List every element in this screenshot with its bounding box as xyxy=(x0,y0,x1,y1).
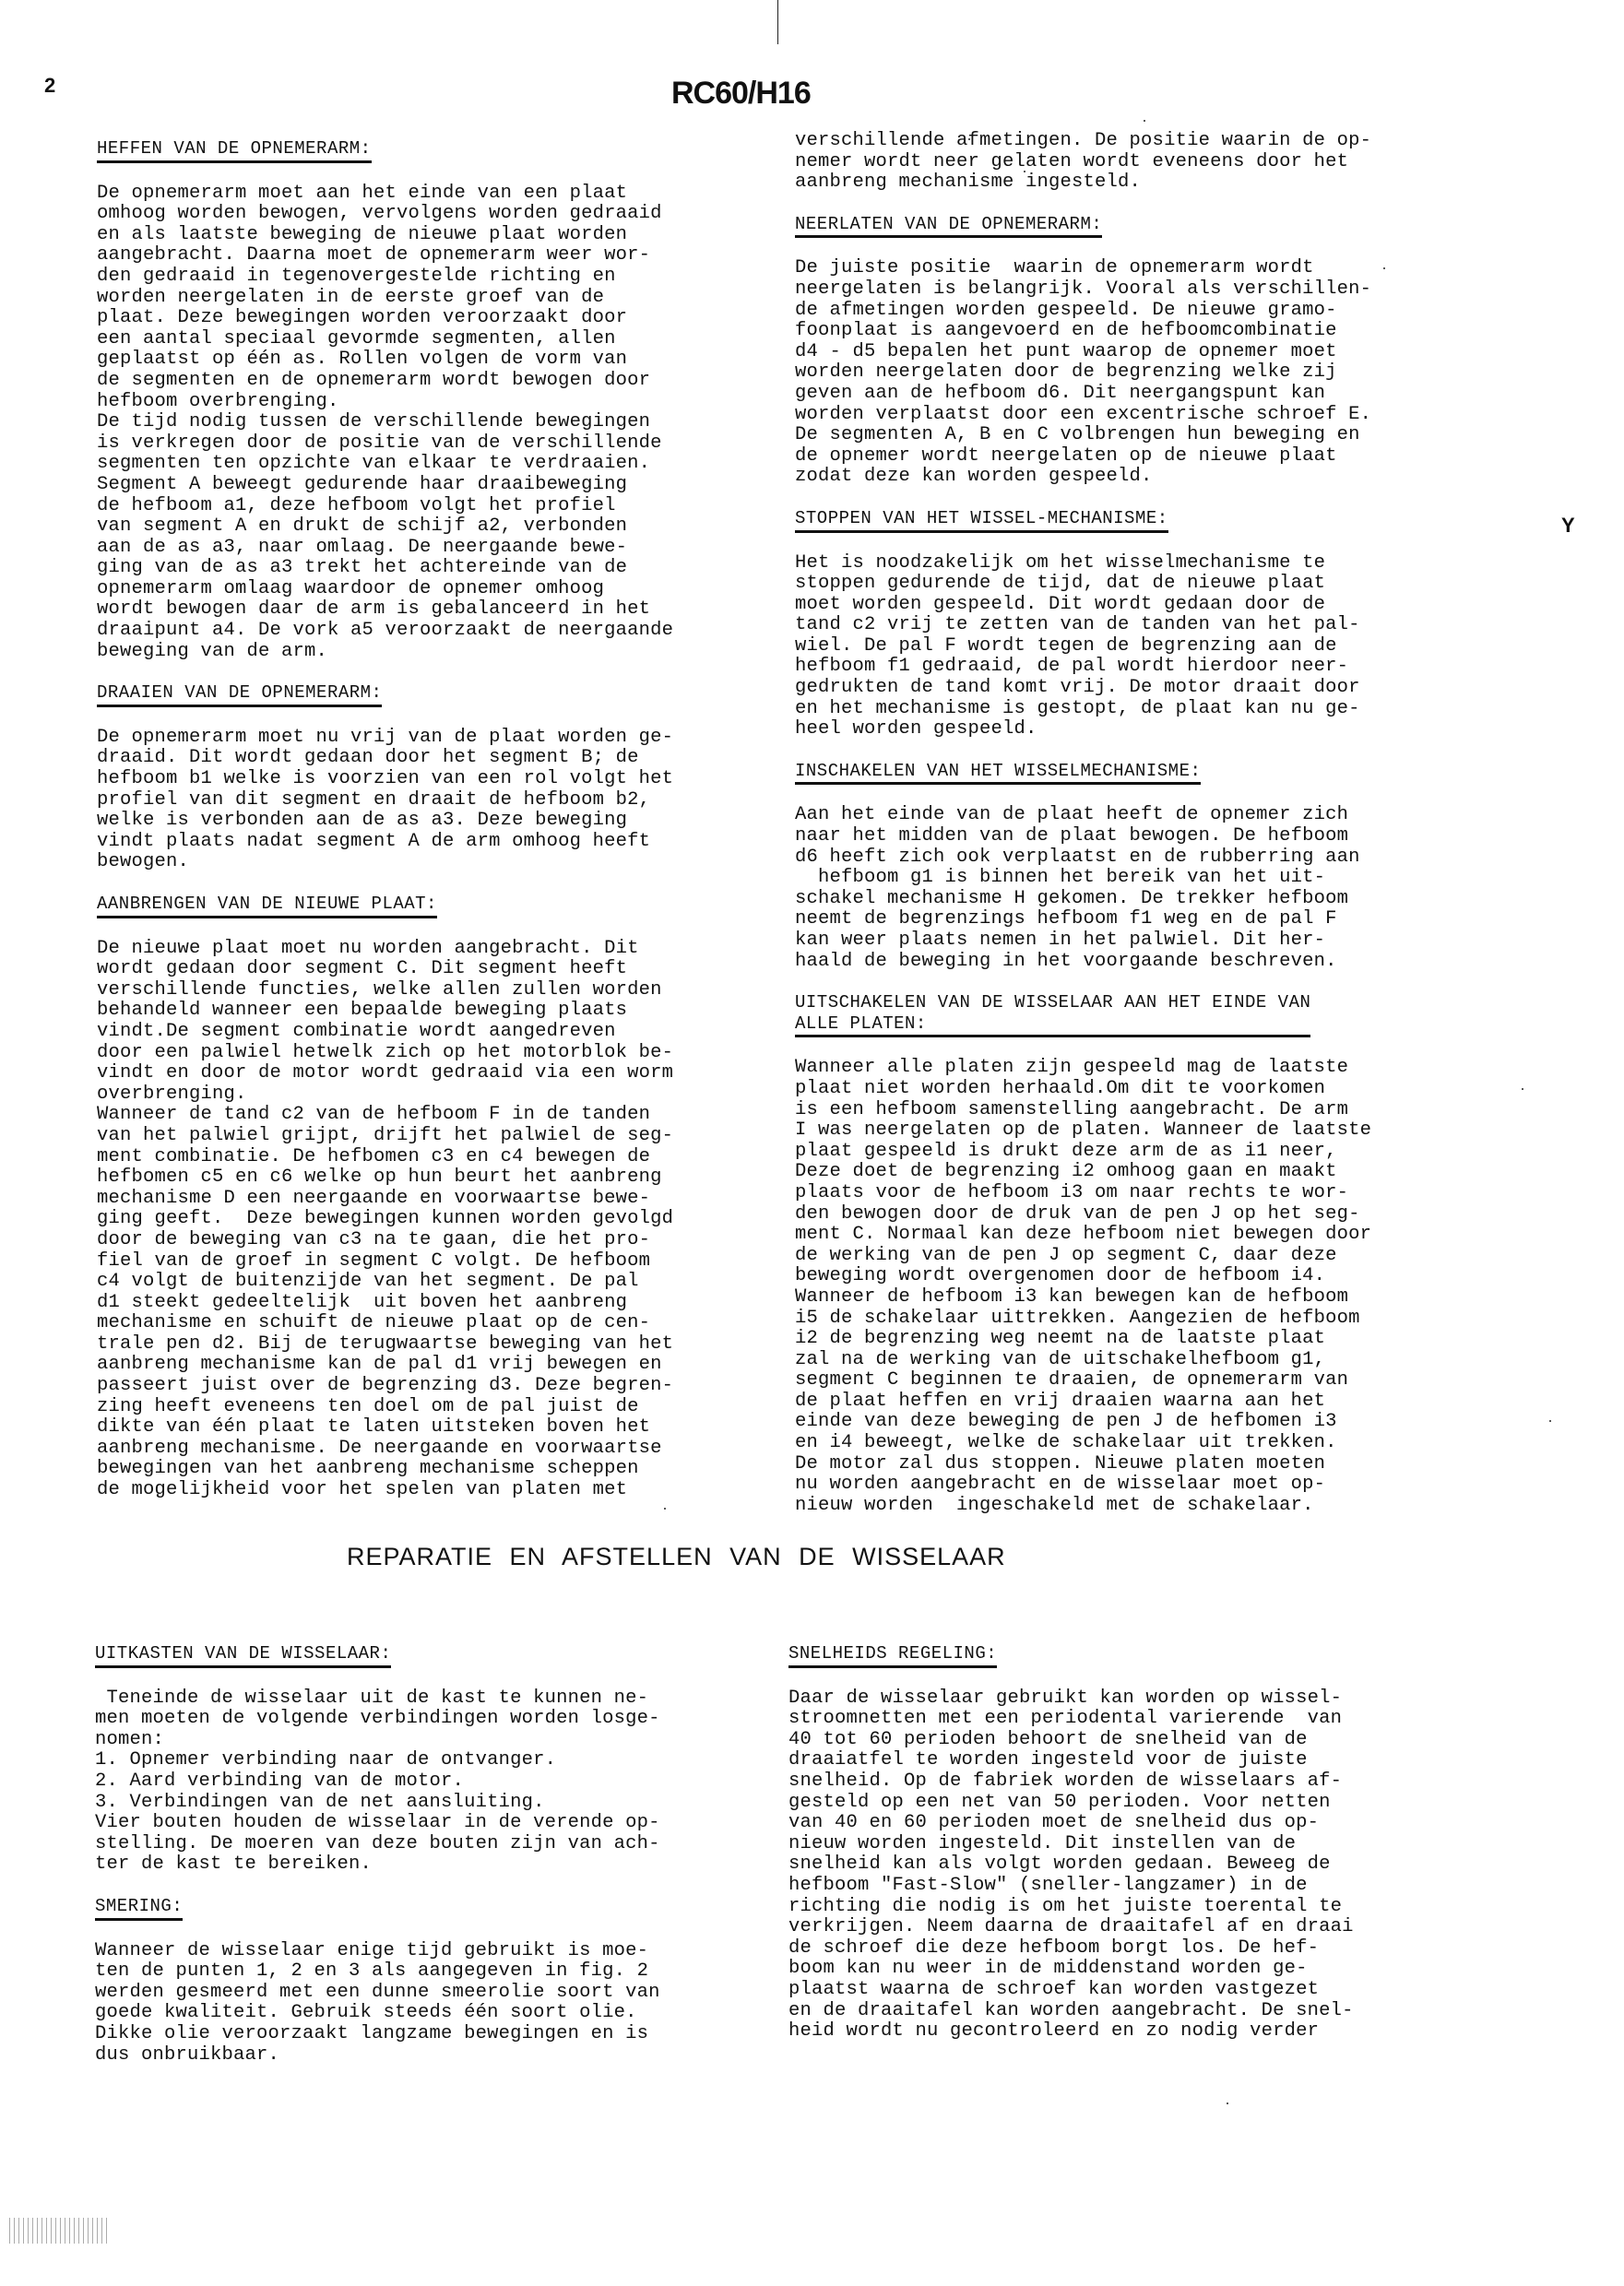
section-body: De opnemerarm moet nu vrij van de plaat … xyxy=(97,728,761,873)
text-line: nemer wordt neer gelaten wordt eveneens … xyxy=(795,152,1459,173)
text-line: nieuw worden ingeschakeld met de schakel… xyxy=(795,1496,1459,1517)
section-heading: INSCHAKELEN VAN HET WISSELMECHANISME: xyxy=(795,761,1201,786)
text-line: I was neergelaten op de platen. Wanneer … xyxy=(795,1120,1459,1142)
text-line: door de beweging van c3 na te gaan, die … xyxy=(97,1230,761,1251)
text-line: door een palwiel hetwelk zich op het mot… xyxy=(97,1043,761,1064)
text-line: De nieuwe plaat moet nu worden aangebrac… xyxy=(97,939,761,960)
text-line: ten de punten 1, 2 en 3 als aangegeven i… xyxy=(95,1961,759,1983)
text-line: Dikke olie veroorzaakt langzame beweging… xyxy=(95,2024,759,2045)
text-line: vindt.De segment combinatie wordt aanged… xyxy=(97,1022,761,1043)
text-line: Daar de wisselaar gebruikt kan worden op… xyxy=(788,1688,1452,1710)
section-heading: NEERLATEN VAN DE OPNEMERARM: xyxy=(795,214,1102,239)
text-line: geven aan de hefboom d6. Dit neergangspu… xyxy=(795,384,1459,405)
text-line: hefboom b1 welke is voorzien van een rol… xyxy=(97,769,761,790)
section-body: Teneinde de wisselaar uit de kast te kun… xyxy=(95,1688,759,1876)
text-line: van segment A en drukt de schijf a2, ver… xyxy=(97,516,761,538)
text-line: haald de beweging in het voorgaande besc… xyxy=(795,952,1459,973)
scan-speck xyxy=(1549,1420,1551,1422)
text-line: worden neergelaten door de begrenzing we… xyxy=(795,362,1459,384)
text-line: aanbreng mechanisme. De neergaande en vo… xyxy=(97,1439,761,1460)
text-line: kan weer plaats nemen in het palwiel. Di… xyxy=(795,930,1459,952)
text-line: de werking van de pen J op segment C, da… xyxy=(795,1246,1459,1267)
text-line: d6 heeft zich ook verplaatst en de rubbe… xyxy=(795,847,1459,869)
scan-speck xyxy=(1522,1088,1523,1090)
text-line: draaid. Dit wordt gedaan door het segmen… xyxy=(97,748,761,769)
text-line: stoppen gedurende de tijd, dat de nieuwe… xyxy=(795,574,1459,595)
text-line: hefbomen c5 en c6 welke op hun beurt het… xyxy=(97,1167,761,1189)
text-line: 1. Opnemer verbinding naar de ontvanger. xyxy=(95,1750,759,1771)
scan-speck xyxy=(1144,120,1145,122)
text-line: plaat niet worden herhaald.Om dit te voo… xyxy=(795,1079,1459,1100)
text-line: De motor zal dus stoppen. Nieuwe platen … xyxy=(795,1454,1459,1475)
section-heading: DRAAIEN VAN DE OPNEMERARM: xyxy=(97,682,382,707)
text-line: i5 de schakelaar uittrekken. Aangezien d… xyxy=(795,1309,1459,1330)
text-line: stelling. De moeren van deze bouten zijn… xyxy=(95,1834,759,1855)
text-line: en i4 beweegt, welke de schakelaar uit t… xyxy=(795,1433,1459,1454)
text-line: de hefboom a1, deze hefboom volgt het pr… xyxy=(97,496,761,517)
text-line: 40 tot 60 perioden behoort de snelheid v… xyxy=(788,1730,1452,1751)
text-line: i2 de begrenzing weg neemt na de laatste… xyxy=(795,1329,1459,1350)
text-line: gesteld op een net van 50 perioden. Voor… xyxy=(788,1793,1452,1814)
text-line: en als laatste beweging de nieuwe plaat … xyxy=(97,225,761,246)
text-line: snelheid. Op de fabriek worden de wissel… xyxy=(788,1771,1452,1793)
document-section: UITSCHAKELEN VAN DE WISSELAAR AAN HET EI… xyxy=(795,992,1459,1516)
text-line: beweging van de arm. xyxy=(97,642,761,663)
text-line: men moeten de volgende verbindingen word… xyxy=(95,1709,759,1730)
text-line: nomen: xyxy=(95,1730,759,1751)
document-code: RC60/H16 xyxy=(671,76,811,112)
text-line: een aantal speciaal gevormde segmenten, … xyxy=(97,329,761,350)
document-section: HEFFEN VAN DE OPNEMERARM:De opnemerarm m… xyxy=(97,138,761,662)
text-line: moet worden gespeeld. Dit wordt gedaan d… xyxy=(795,595,1459,616)
text-line: zal na de werking van de uitschakelhefbo… xyxy=(795,1350,1459,1371)
text-line: welke is verbonden aan de as a3. Deze be… xyxy=(97,811,761,832)
section-body: Daar de wisselaar gebruikt kan worden op… xyxy=(788,1688,1452,2043)
text-line: van 40 en 60 perioden moet de snelheid d… xyxy=(788,1813,1452,1834)
section-heading: UITSCHAKELEN VAN DE WISSELAAR AAN HET EI… xyxy=(795,992,1310,1037)
text-line: segment C beginnen te draaien, de opneme… xyxy=(795,1370,1459,1392)
text-line: wordt gedaan door segment C. Dit segment… xyxy=(97,959,761,980)
text-line: Wanneer de wisselaar enige tijd gebruikt… xyxy=(95,1941,759,1962)
section-heading: STOPPEN VAN HET WISSEL-MECHANISME: xyxy=(795,508,1168,533)
document-section: UITKASTEN VAN DE WISSELAAR: Teneinde de … xyxy=(95,1643,759,1876)
text-line: plaatst waarna de schroef kan worden vas… xyxy=(788,1980,1452,2001)
text-line: Wanneer alle platen zijn gespeeld mag de… xyxy=(795,1058,1459,1079)
scan-margin-line xyxy=(777,0,778,44)
section-heading: AANBRENGEN VAN DE NIEUWE PLAAT: xyxy=(97,894,437,918)
scan-speck xyxy=(664,1508,666,1510)
text-line: verschillende functies, welke allen zull… xyxy=(97,980,761,1001)
text-line: gedrukten de tand komt vrij. De motor dr… xyxy=(795,678,1459,699)
text-line: vindt en door de motor wordt gedraaid vi… xyxy=(97,1063,761,1084)
text-line: aan de as a3, naar omlaag. De neergaande… xyxy=(97,538,761,559)
text-line: ging van de as a3 trekt het achtereinde … xyxy=(97,558,761,579)
text-line: mechanisme en schuift de nieuwe plaat op… xyxy=(97,1313,761,1334)
text-line: boom kan nu weer in de middenstand worde… xyxy=(788,1959,1452,1980)
text-line: wordt bewogen daar de arm is gebalanceer… xyxy=(97,599,761,621)
text-line: neergelaten is belangrijk. Vooral als ve… xyxy=(795,279,1459,301)
text-line: aanbreng mechanisme kan de pal d1 vrij b… xyxy=(97,1355,761,1376)
scan-speck xyxy=(1383,267,1385,269)
text-line: 2. Aard verbinding van de motor. xyxy=(95,1771,759,1793)
text-line: zing heeft eveneens ten doel om de pal j… xyxy=(97,1397,761,1418)
text-line: foonplaat is aangevoerd en de hefboomcom… xyxy=(795,321,1459,342)
scan-speck xyxy=(1227,2102,1228,2104)
text-line: naar het midden van de plaat bewogen. De… xyxy=(795,826,1459,847)
document-section: INSCHAKELEN VAN HET WISSELMECHANISME:Aan… xyxy=(795,761,1459,972)
text-line: Deze doet de begrenzing i2 omhoog gaan e… xyxy=(795,1162,1459,1183)
text-line: vindt plaats nadat segment A de arm omho… xyxy=(97,832,761,853)
text-line: snelheid kan als volgt worden gedaan. Be… xyxy=(788,1854,1452,1876)
text-line: worden verplaatst door een excentrische … xyxy=(795,405,1459,426)
text-line: tand c2 vrij te zetten van de tanden van… xyxy=(795,615,1459,636)
text-line: van het palwiel grijpt, drijft het palwi… xyxy=(97,1126,761,1147)
text-line: plaat. Deze bewegingen worden veroorzaak… xyxy=(97,308,761,329)
bottom-left-column: UITKASTEN VAN DE WISSELAAR: Teneinde de … xyxy=(95,1643,759,2086)
section-body: De opnemerarm moet aan het einde van een… xyxy=(97,184,761,663)
text-line: bewogen. xyxy=(97,852,761,873)
text-line: ment C. Normaal kan deze hefboom niet be… xyxy=(795,1225,1459,1246)
text-line: heel worden gespeeld. xyxy=(795,719,1459,740)
text-line: De tijd nodig tussen de verschillende be… xyxy=(97,412,761,433)
text-line: De segmenten A, B en C volbrengen hun be… xyxy=(795,425,1459,446)
section-heading: SMERING: xyxy=(95,1896,183,1921)
text-line: ment combinatie. De hefbomen c3 en c4 be… xyxy=(97,1147,761,1168)
text-line: schakel mechanisme H gekomen. De trekker… xyxy=(795,889,1459,910)
text-line: wiel. De pal F wordt tegen de begrenzing… xyxy=(795,636,1459,657)
scan-artifact-mark: Y xyxy=(1561,514,1575,538)
text-line: plaat gespeeld is drukt deze arm de as i… xyxy=(795,1142,1459,1163)
text-line: Segment A beweegt gedurende haar draaibe… xyxy=(97,475,761,496)
text-line: goede kwaliteit. Gebruik steeds één soor… xyxy=(95,2003,759,2024)
text-line: dus onbruikbaar. xyxy=(95,2045,759,2067)
text-line: de opnemer wordt neergelaten op de nieuw… xyxy=(795,446,1459,468)
text-line: nu worden aangebracht en de wisselaar mo… xyxy=(795,1475,1459,1496)
text-line: profiel van dit segment en draait de hef… xyxy=(97,790,761,811)
text-line: c4 volgt de buitenzijde van het segment.… xyxy=(97,1272,761,1293)
text-line: nieuw worden ingesteld. Dit instellen va… xyxy=(788,1834,1452,1855)
section-body: Aan het einde van de plaat heeft de opne… xyxy=(795,805,1459,972)
document-section: STOPPEN VAN HET WISSEL-MECHANISME:Het is… xyxy=(795,508,1459,740)
text-line: verkrijgen. Neem daarna de draaitafel af… xyxy=(788,1917,1452,1938)
text-line: den bewogen door de druk van de pen J op… xyxy=(795,1204,1459,1226)
text-line: Het is noodzakelijk om het wisselmechani… xyxy=(795,553,1459,574)
document-section: AANBRENGEN VAN DE NIEUWE PLAAT:De nieuwe… xyxy=(97,894,761,1501)
text-line: segmenten ten opzichte van elkaar te ver… xyxy=(97,454,761,475)
text-line: de schroef die deze hefboom borgt los. D… xyxy=(788,1938,1452,1960)
document-section: SNELHEIDS REGELING:Daar de wisselaar geb… xyxy=(788,1643,1452,2043)
text-line: de afmetingen worden gespeeld. De nieuwe… xyxy=(795,301,1459,322)
text-line: de mogelijkheid voor het spelen van plat… xyxy=(97,1480,761,1501)
text-line: hefboom g1 is binnen het bereik van het … xyxy=(795,868,1459,889)
text-line: neemt de begrenzings hefboom f1 weg en d… xyxy=(795,909,1459,930)
text-line: 3. Verbindingen van de net aansluiting. xyxy=(95,1793,759,1814)
text-line: is verkregen door de positie van de vers… xyxy=(97,433,761,455)
scan-speck xyxy=(968,138,970,140)
text-line: bewegingen van het aanbreng mechanisme s… xyxy=(97,1459,761,1480)
text-line: opnemerarm omlaag waardoor de opnemer om… xyxy=(97,579,761,600)
text-line: ter de kast te bereiken. xyxy=(95,1854,759,1876)
text-line: Vier bouten houden de wisselaar in de ve… xyxy=(95,1813,759,1834)
section-heading: HEFFEN VAN DE OPNEMERARM: xyxy=(97,138,372,163)
text-line: passeert juist over de begrenzing d3. De… xyxy=(97,1376,761,1397)
text-line: zodat deze kan worden gespeeld. xyxy=(795,467,1459,488)
document-section: SMERING:Wanneer de wisselaar enige tijd … xyxy=(95,1896,759,2066)
text-line: hefboom "Fast-Slow" (sneller-langzamer) … xyxy=(788,1876,1452,1897)
text-line: de segmenten en de opnemerarm wordt bewo… xyxy=(97,371,761,392)
text-line: mechanisme D een neergaande en voorwaart… xyxy=(97,1189,761,1210)
section-heading: UITKASTEN VAN DE WISSELAAR: xyxy=(95,1643,391,1668)
text-line: en de draaitafel kan worden aangebracht.… xyxy=(788,2001,1452,2022)
scan-speck xyxy=(157,1494,159,1496)
scan-speck xyxy=(1024,171,1025,172)
text-line: einde van deze beweging de pen J de hefb… xyxy=(795,1412,1459,1433)
text-line: Wanneer de hefboom i3 kan bewegen kan de… xyxy=(795,1287,1459,1309)
section-body: Het is noodzakelijk om het wisselmechani… xyxy=(795,553,1459,740)
text-line: is een hefboom samenstelling aangebracht… xyxy=(795,1100,1459,1121)
document-section: DRAAIEN VAN DE OPNEMERARM:De opnemerarm … xyxy=(97,682,761,873)
page-number: 2 xyxy=(44,74,55,98)
text-line: aanbreng mechanisme ingesteld. xyxy=(795,172,1459,194)
text-line: behandeld wanneer een bepaalde beweging … xyxy=(97,1001,761,1022)
text-line: plaats voor de hefboom i3 om naar rechts… xyxy=(795,1183,1459,1204)
text-line: hefboom f1 gedraaid, de pal wordt hierdo… xyxy=(795,657,1459,678)
continued-paragraph: verschillende afmetingen. De positie waa… xyxy=(795,131,1459,194)
text-line: trale pen d2. Bij de terugwaartse bewegi… xyxy=(97,1334,761,1356)
document-section: NEERLATEN VAN DE OPNEMERARM:De juiste po… xyxy=(795,214,1459,488)
section-body: Wanneer de wisselaar enige tijd gebruikt… xyxy=(95,1941,759,2067)
text-line: overbrenging. xyxy=(97,1084,761,1106)
text-line: worden neergelaten in de eerste groef va… xyxy=(97,288,761,309)
text-line: draaiatfel te worden ingesteld voor de j… xyxy=(788,1750,1452,1771)
right-column: verschillende afmetingen. De positie waa… xyxy=(795,131,1459,1536)
section-body: De nieuwe plaat moet nu worden aangebrac… xyxy=(97,939,761,1501)
text-line: omhoog worden bewogen, vervolgens worden… xyxy=(97,204,761,225)
text-line: heid wordt nu gecontroleerd en zo nodig … xyxy=(788,2021,1452,2043)
text-line: d4 - d5 bepalen het punt waarop de opnem… xyxy=(795,342,1459,363)
section-heading: SNELHEIDS REGELING: xyxy=(788,1643,997,1668)
text-line: De juiste positie waarin de opnemerarm w… xyxy=(795,258,1459,279)
text-line: stroomnetten met een periodental variere… xyxy=(788,1709,1452,1730)
text-line: den gedraaid in tegenovergestelde richti… xyxy=(97,267,761,288)
text-line: en het mechanisme is gestopt, de plaat k… xyxy=(795,699,1459,720)
section-body: De juiste positie waarin de opnemerarm w… xyxy=(795,258,1459,488)
text-line: De opnemerarm moet aan het einde van een… xyxy=(97,184,761,205)
scan-noise xyxy=(9,2218,111,2244)
text-line: ging geeft. Deze bewegingen kunnen worde… xyxy=(97,1209,761,1230)
text-line: Teneinde de wisselaar uit de kast te kun… xyxy=(95,1688,759,1710)
text-line: beweging wordt overgenomen door de hefbo… xyxy=(795,1266,1459,1287)
text-line: draaipunt a4. De vork a5 veroorzaakt de … xyxy=(97,621,761,642)
text-line: fiel van de groef in segment C volgt. De… xyxy=(97,1251,761,1273)
text-line: Wanneer de tand c2 van de hefboom F in d… xyxy=(97,1105,761,1126)
main-section-title: REPARATIE EN AFSTELLEN VAN DE WISSELAAR xyxy=(347,1543,1006,1571)
section-body: Wanneer alle platen zijn gespeeld mag de… xyxy=(795,1058,1459,1516)
text-line: de plaat heffen en vrij draaien waarna a… xyxy=(795,1392,1459,1413)
text-line: Aan het einde van de plaat heeft de opne… xyxy=(795,805,1459,826)
text-line: werden gesmeerd met een dunne smeerolie … xyxy=(95,1983,759,2004)
text-line: richting die nodig is om het juiste toer… xyxy=(788,1897,1452,1918)
text-line: De opnemerarm moet nu vrij van de plaat … xyxy=(97,728,761,749)
left-column: HEFFEN VAN DE OPNEMERARM:De opnemerarm m… xyxy=(97,138,761,1522)
text-line: verschillende afmetingen. De positie waa… xyxy=(795,131,1459,152)
bottom-right-column: SNELHEIDS REGELING:Daar de wisselaar geb… xyxy=(788,1643,1452,2063)
text-line: dikte van één plaat te laten uitsteken b… xyxy=(97,1417,761,1439)
text-line: geplaatst op één as. Rollen volgen de vo… xyxy=(97,349,761,371)
text-line: d1 steekt gedeeltelijk uit boven het aan… xyxy=(97,1293,761,1314)
text-line: hefboom overbrenging. xyxy=(97,392,761,413)
text-line: aangebracht. Daarna moet de opnemerarm w… xyxy=(97,245,761,267)
